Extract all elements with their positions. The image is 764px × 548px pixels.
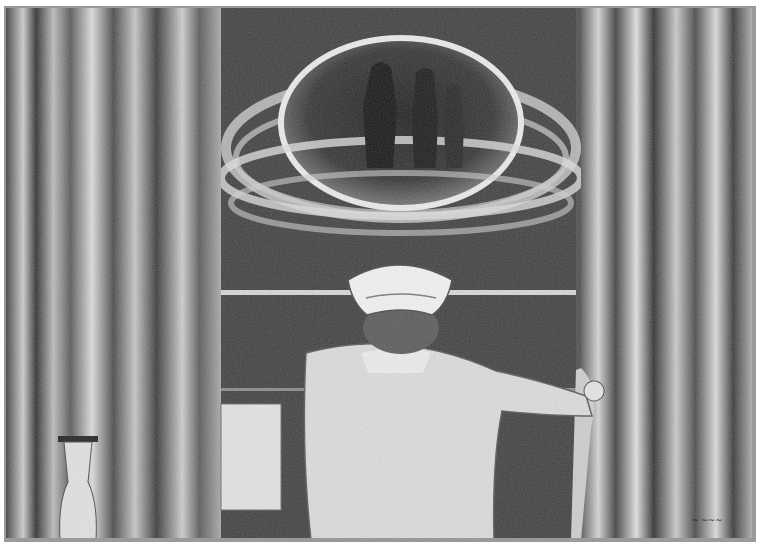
charcoal-drawing [6,8,752,538]
artist-signature: ~ ~~~ [691,516,722,526]
drawing-canvas: ~ ~~~ [6,8,752,538]
picture-frame: ~ ~~~ [4,6,756,542]
